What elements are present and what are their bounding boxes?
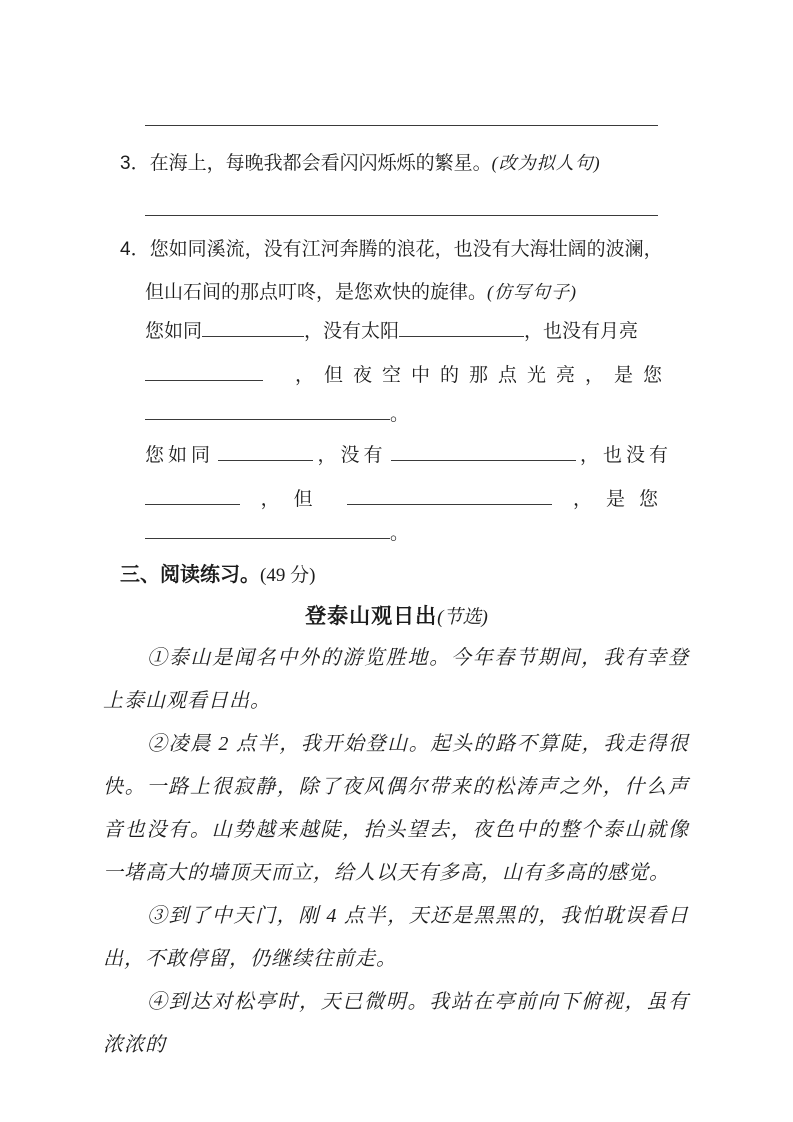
fill2-l2-text-a: ，但 [261,487,327,513]
fill2-l1-text-c: ，也没有 [580,443,672,469]
question-3: 3．在海上，每晚我都会看闪闪烁烁的繁星。(改为拟人句) [120,150,601,177]
passage-title-text: 登泰山观日出 [305,605,437,628]
question-4: 4．您如同溪流，没有江河奔腾的浪花，也没有大海壮阔的波澜，但山石间的那点叮咚，是… [120,228,672,314]
fill1-l1-text-c: ，也没有月亮 [524,321,638,342]
fill1-line3: 。 [145,400,409,428]
question-3-text: 在海上，每晚我都会看闪闪烁烁的繁星。 [150,153,492,174]
passage-paragraph: ①泰山是闻名中外的游览胜地。今年春节期间，我有幸登上泰山观看日出。 [103,637,689,723]
passage-paragraph: ④到达对松亭时，天已微明。我站在亭前向下俯视，虽有浓浓的 [103,981,689,1067]
passage-paragraph: ③到了中天门，刚 4 点半，天还是黑黑的，我怕耽误看日出，不敢停留，仍继续往前走… [103,895,689,981]
fill1-l1-text-b: ，没有太阳 [304,321,399,342]
answer-blank [202,317,304,337]
answer-blank [145,519,390,539]
answer-blank [391,441,576,461]
fill1-l3-period: 。 [390,404,409,425]
section-heading-text: 三、阅读练习。 [120,564,260,586]
question-4-text: 您如同溪流，没有江河奔腾的浪花，也没有大海壮阔的波澜，但山石间的那点叮咚，是您欢… [145,239,663,303]
question-3-hint: (改为拟人句) [492,153,601,173]
question-4-number: 4． [120,239,150,260]
answer-blank [347,485,552,505]
answer-blank [145,400,390,420]
question-3-number: 3． [120,153,150,174]
answer-line [145,215,658,216]
fill2-l2-text-b: ，是您 [573,487,672,513]
fill1-line1: 您如同，没有太阳，也没有月亮 [145,317,638,345]
fill1-l1-text-a: 您如同 [145,321,202,342]
fill1-l2-text: ，但夜空中的那点光亮，是您 [295,363,672,389]
fill2-line2: ，但 ，是您 [145,485,672,513]
reading-passage: ①泰山是闻名中外的游览胜地。今年春节期间，我有幸登上泰山观看日出。 ②凌晨 2 … [103,637,689,1067]
answer-blank [145,485,240,505]
fill2-line1: 您如同 ，没有 ，也没有 [145,441,672,469]
fill1-line2: ，但夜空中的那点光亮，是您 [145,361,672,389]
answer-blank [145,361,263,381]
passage-paragraph: ②凌晨 2 点半，我开始登山。起头的路不算陡，我走得很快。一路上很寂静，除了夜风… [103,723,689,895]
fill2-l3-period: 。 [390,523,409,544]
worksheet-page: 3．在海上，每晚我都会看闪闪烁烁的繁星。(改为拟人句) 4．您如同溪流，没有江河… [0,0,793,1122]
section-heading: 三、阅读练习。(49 分) [120,561,315,591]
answer-line [145,125,658,126]
fill2-l1-text-a: 您如同 [145,443,214,469]
passage-title-note: (节选) [437,607,488,628]
question-4-hint: (仿写句子) [487,282,577,302]
section-score: (49 分) [260,565,315,586]
passage-title: 登泰山观日出(节选) [0,602,793,633]
fill2-l1-text-b: ，没有 [317,443,386,469]
answer-blank [399,317,524,337]
answer-blank [218,441,313,461]
fill2-line3: 。 [145,519,409,547]
